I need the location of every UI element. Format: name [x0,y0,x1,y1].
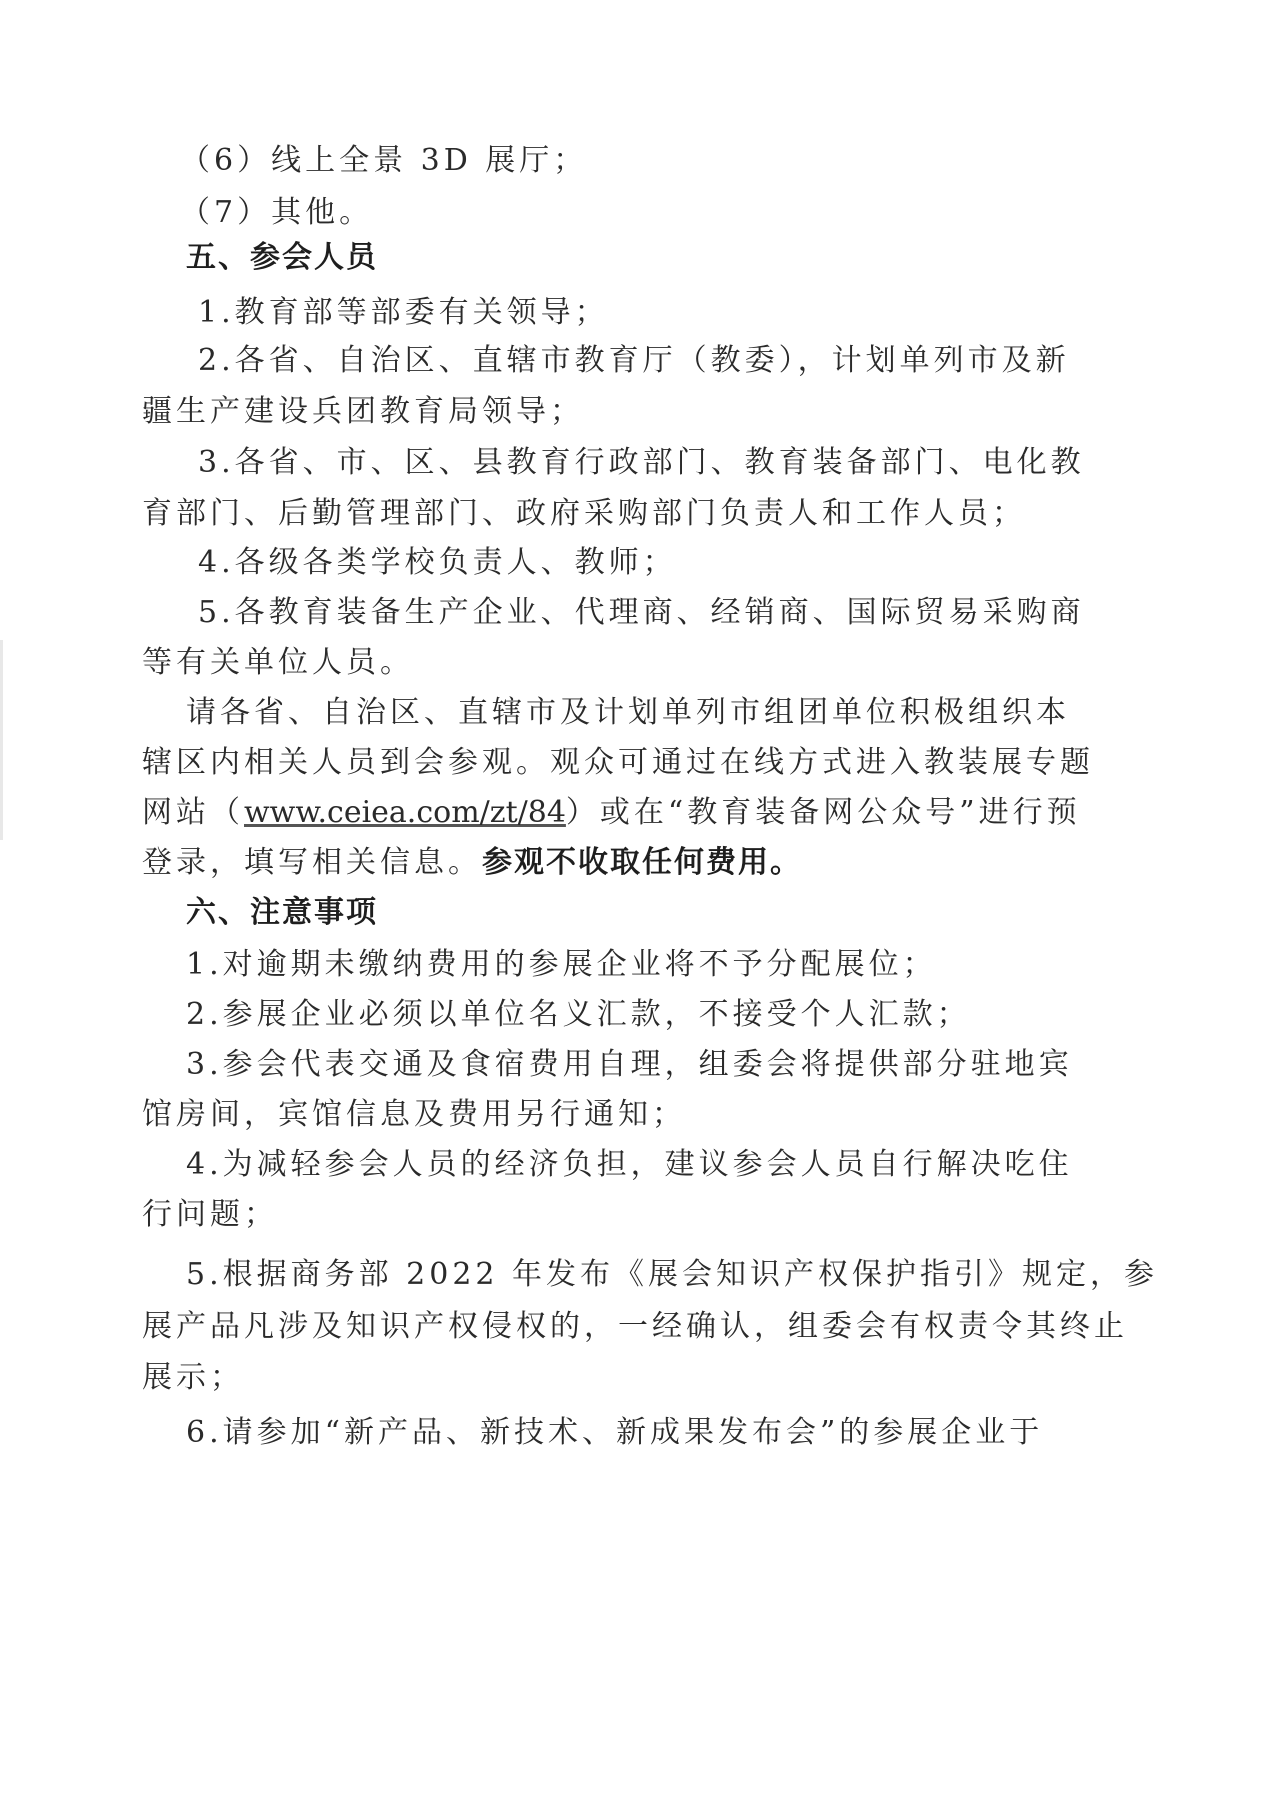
document-page: （6）线上全景 3D 展厅； （7）其他。 五、参会人员 1.教育部等部委有关领… [0,0,1280,1808]
note-item-5-cont-2: 展示； [142,1358,244,1398]
note-item-2: 2.参展企业必须以单位名义汇款，不接受个人汇款； [186,995,971,1035]
attendee-item-1: 1.教育部等部委有关领导； [198,293,609,333]
note-item-3-cont: 馆房间，宾馆信息及费用另行通知； [142,1095,686,1135]
note-item-5: 5.根据商务部 2022 年发布《展会知识产权保护指引》规定，参 [186,1255,1158,1295]
paragraph-text: 网站（ [142,795,244,830]
free-admission-notice: 参观不收取任何费用。 [482,845,802,880]
attendee-item-2-cont: 疆生产建设兵团教育局领导； [142,392,584,432]
invitation-paragraph-line-3: 网站（www.ceiea.com/zt/84）或在“教育装备网公众号”进行预 [142,793,1081,833]
list-item-7: （7）其他。 [180,193,373,233]
section-heading-attendees: 五、参会人员 [186,238,378,278]
note-item-5-cont-1: 展产品凡涉及知识产权侵权的，一经确认，组委会有权责令其终止 [142,1307,1128,1347]
attendee-item-4: 4.各级各类学校负责人、教师； [198,543,677,583]
list-item-6: （6）线上全景 3D 展厅； [180,141,587,181]
note-item-4-cont: 行问题； [142,1195,278,1235]
attendee-item-5: 5.各教育装备生产企业、代理商、经销商、国际贸易采购商 [198,593,1085,633]
invitation-paragraph-line-2: 辖区内相关人员到会参观。观众可通过在线方式进入教装展专题 [142,743,1094,783]
attendee-item-3: 3.各省、市、区、县教育行政部门、教育装备部门、电化教 [198,443,1085,483]
paragraph-text: 登录，填写相关信息。 [142,845,482,880]
note-item-3: 3.参会代表交通及食宿费用自理，组委会将提供部分驻地宾 [186,1045,1073,1085]
attendee-item-2: 2.各省、自治区、直辖市教育厅（教委），计划单列市及新 [198,341,1070,381]
attendee-item-5-cont: 等有关单位人员。 [142,643,414,683]
section-heading-notes: 六、注意事项 [186,893,378,933]
note-item-6: 6.请参加“新产品、新技术、新成果发布会”的参展企业于 [186,1413,1043,1453]
invitation-paragraph-line-1: 请各省、自治区、直辖市及计划单列市组团单位积极组织本 [186,693,1070,733]
invitation-paragraph-line-4: 登录，填写相关信息。参观不收取任何费用。 [142,843,802,883]
paragraph-text: ）或在“教育装备网公众号”进行预 [566,795,1081,830]
scan-edge-shadow [0,640,3,840]
note-item-4: 4.为减轻参会人员的经济负担，建议参会人员自行解决吃住 [186,1145,1073,1185]
attendee-item-3-cont: 育部门、后勤管理部门、政府采购部门负责人和工作人员； [142,494,1026,534]
website-link[interactable]: www.ceiea.com/zt/84 [244,795,566,830]
note-item-1: 1.对逾期未缴纳费用的参展企业将不予分配展位； [186,945,937,985]
